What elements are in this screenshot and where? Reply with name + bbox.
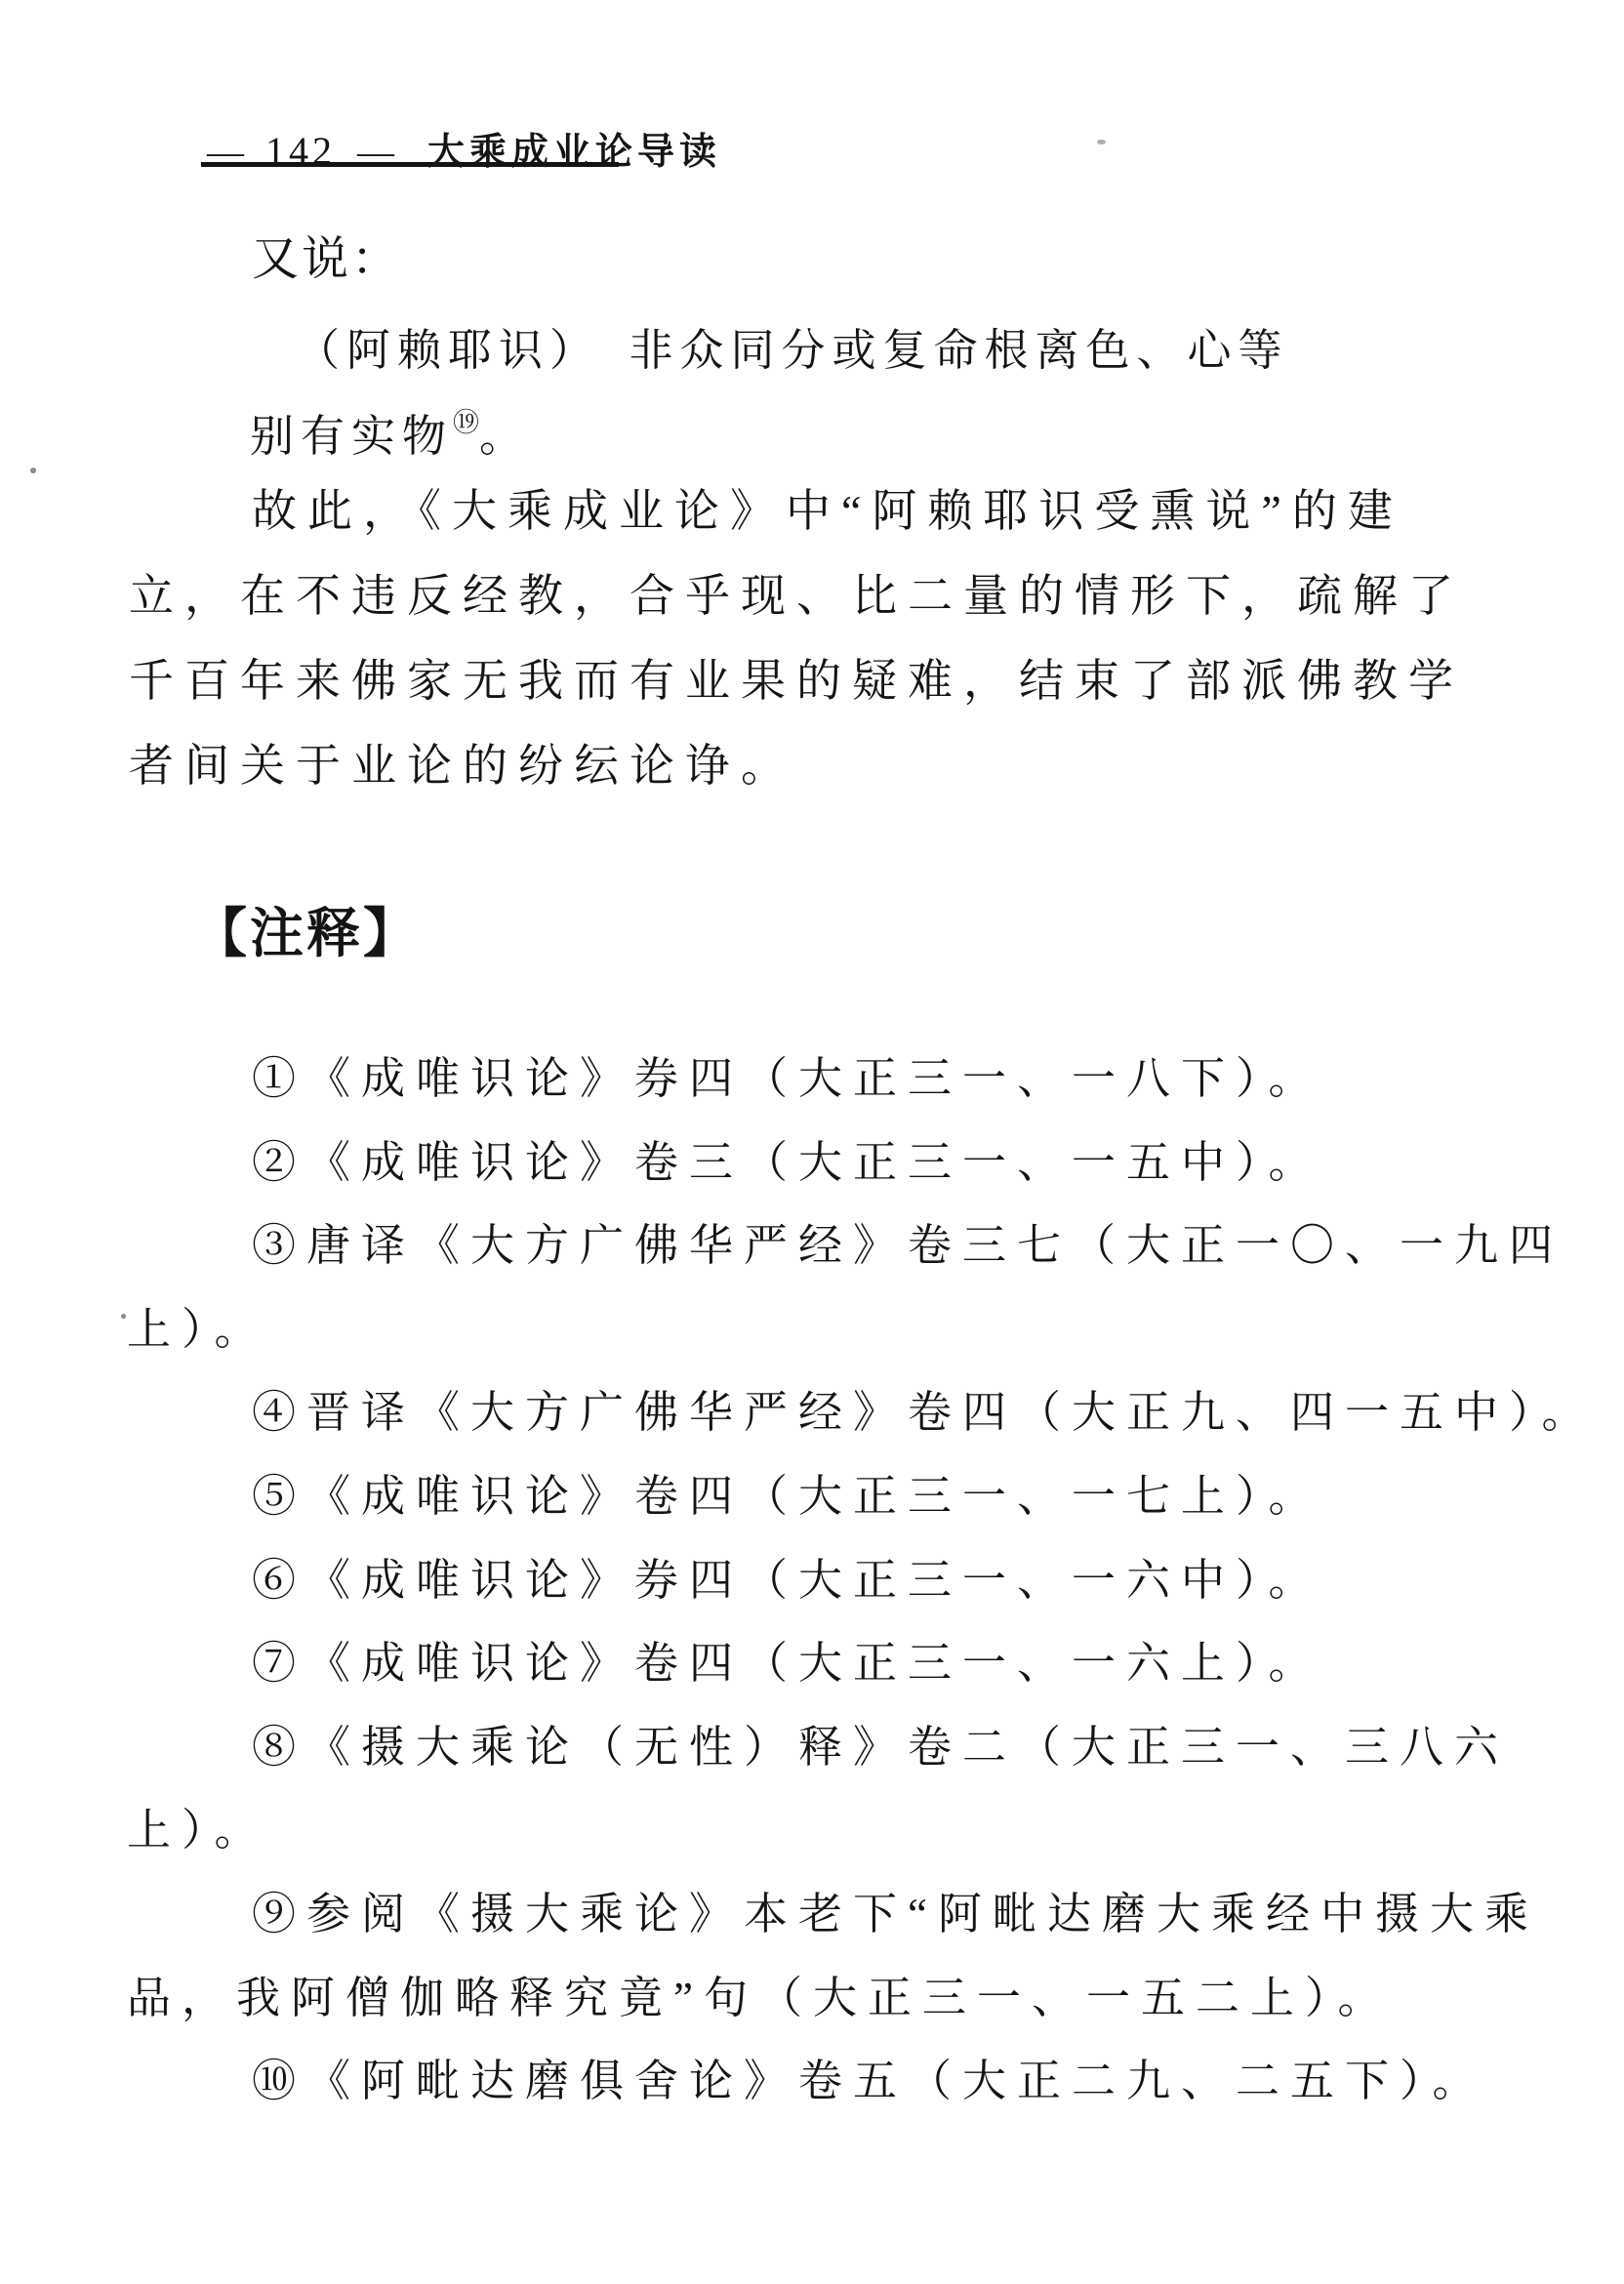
header-left-dash: — — [207, 131, 244, 174]
footnote-reference-19: ⑲ — [453, 408, 479, 437]
scan-artifact — [121, 1314, 126, 1319]
lead-in-text: 又说： — [252, 221, 401, 288]
note-4: ④晋译《大方广佛华严经》卷四（大正九、四一五中）。 — [127, 1371, 1526, 1455]
note-6: ⑥《成唯识论》券四（大正三一、一六中）。 — [127, 1539, 1526, 1623]
note-9-continuation: 品，我阿僧伽略释究竟”句（大正三一、一五二上）。 — [127, 1957, 1526, 2041]
paragraph-line: 千百年来佛家无我而有业果的疑难，结束了部派佛教学 — [129, 638, 1520, 723]
note-3-continuation: 上）。 — [127, 1288, 1526, 1372]
note-2: ②《成唯识论》卷三（大正三一、一五中）。 — [127, 1122, 1526, 1205]
quote-line: 别有实物⑲。 — [250, 400, 530, 464]
paragraph-line: 者间关于业论的纷纭论诤。 — [129, 723, 1520, 808]
paragraph-line: 立，在不违反经教，合乎现、比二量的情形下，疏解了 — [129, 553, 1520, 638]
note-8-continuation: 上）。 — [127, 1789, 1526, 1873]
main-paragraph: 故此，《大乘成业论》中“阿赖耶识受熏说”的建 立，在不违反经教，合乎现、比二量的… — [129, 469, 1520, 808]
quote-line: （阿赖耶识） 非众同分或复命根离色、心等 — [296, 314, 1289, 378]
note-1: ①《成唯识论》券四（大正三一、一八下）。 — [127, 1038, 1526, 1122]
note-7: ⑦《成唯识论》卷四（大正三一、一六上）。 — [127, 1622, 1526, 1706]
scan-artifact — [30, 468, 36, 473]
header-rule — [201, 162, 619, 167]
notes-section-heading: 【注释】 — [193, 890, 420, 967]
scan-artifact — [1097, 140, 1106, 144]
note-8: ⑧《摄大乘论（无性）释》卷二（大正三一、三八六 — [127, 1706, 1526, 1790]
quote-line2-period: 。 — [479, 412, 530, 461]
notes-list: ①《成唯识论》券四（大正三一、一八下）。 ②《成唯识论》卷三（大正三一、一五中）… — [127, 1038, 1526, 2124]
header-right-dash: — — [357, 131, 394, 174]
paragraph-line: 故此，《大乘成业论》中“阿赖耶识受熏说”的建 — [129, 469, 1520, 553]
note-3: ③唐译《大方广佛华严经》卷三七（大正一〇、一九四 — [127, 1204, 1526, 1288]
quote-line2-text: 别有实物 — [250, 412, 453, 461]
note-5: ⑤《成唯识论》卷四（大正三一、一七上）。 — [127, 1455, 1526, 1539]
book-page: — 142 — 大乘成业论导读 又说： （阿赖耶识） 非众同分或复命根离色、心等… — [0, 0, 1624, 2284]
note-9: ⑨参阅《摄大乘论》本老下“阿毗达磨大乘经中摄大乘 — [127, 1873, 1526, 1957]
note-10: ⑩《阿毗达磨俱舍论》卷五（大正二九、二五下）。 — [127, 2040, 1526, 2124]
